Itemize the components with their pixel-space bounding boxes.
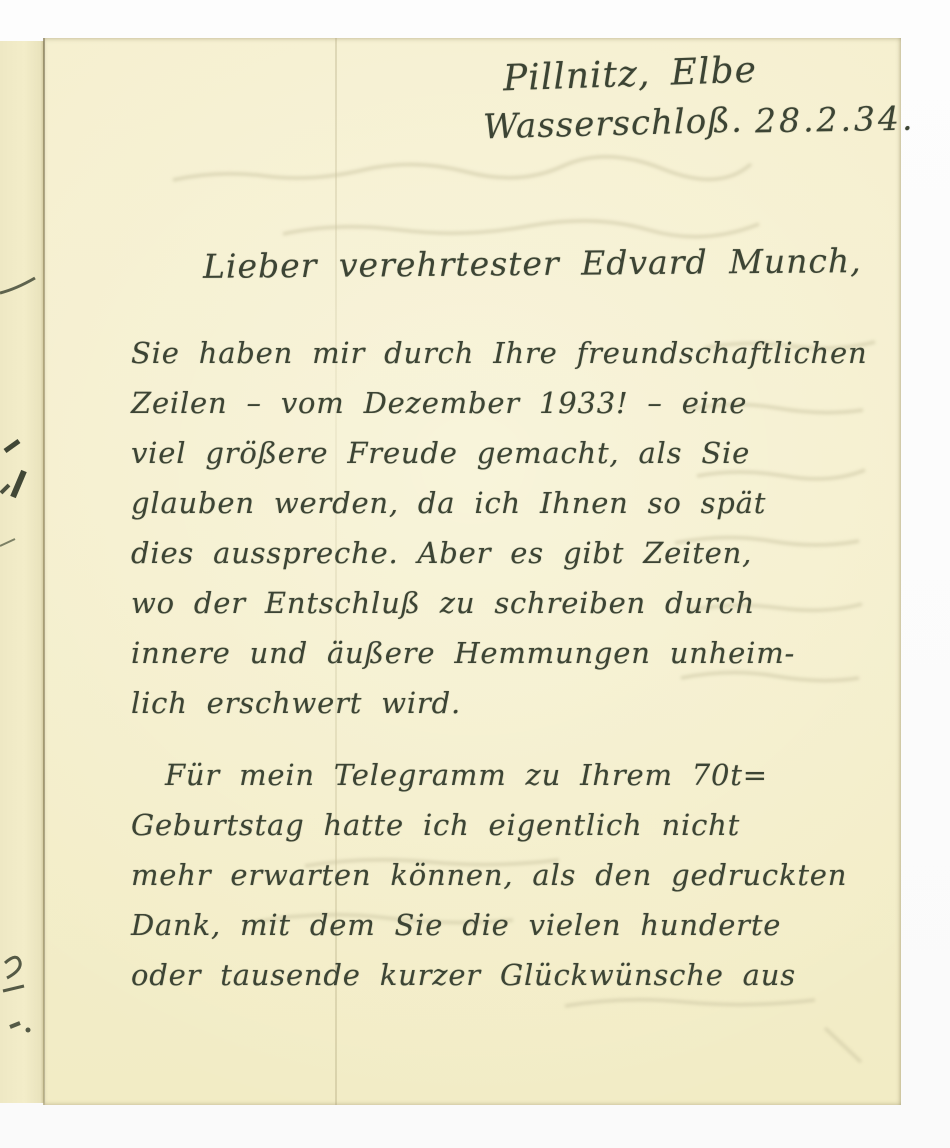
letter-place-line: Pillnitz, Elbe [502, 50, 757, 100]
letter-date: 28.2.34. [755, 99, 916, 141]
letter-paragraph-1: Sie haben mir durch Ihre freundschaftlic… [131, 328, 891, 728]
letter-page: Pillnitz, Elbe Wasserschloß. 28.2.34. Li… [45, 38, 901, 1105]
letter-line: Für mein Telegramm zu Ihrem 70t= [131, 750, 891, 800]
letter-line: glauben werden, da ich Ihnen so spät [131, 478, 891, 528]
scanner-background: Pillnitz, Elbe Wasserschloß. 28.2.34. Li… [0, 0, 950, 1148]
letter-line: innere und äußere Hemmungen unheim- [131, 628, 891, 678]
letter-place-line2: Wasserschloß. [483, 101, 744, 148]
letter-line: mehr erwarten können, als den gedruckten [131, 850, 891, 900]
adjacent-page-edge [0, 41, 44, 1103]
letter-line: wo der Entschluß zu schreiben durch [131, 578, 891, 628]
letter-line: Sie haben mir durch Ihre freundschaftlic… [131, 328, 891, 378]
letter-salutation: Lieber verehrtester Edvard Munch, [203, 241, 862, 286]
letter-line: Geburtstag hatte ich eigentlich nicht [131, 800, 891, 850]
letter-line: Dank, mit dem Sie die vielen hunderte [131, 900, 891, 950]
letter-line: viel größere Freude gemacht, als Sie [131, 428, 891, 478]
letter-line: lich erschwert wird. [131, 678, 891, 728]
letter-paragraph-2: Für mein Telegramm zu Ihrem 70t= Geburts… [131, 750, 891, 1000]
adjacent-page-ink-marks [0, 41, 44, 1103]
letter-line: Zeilen – vom Dezember 1933! – eine [131, 378, 891, 428]
letter-line: dies ausspreche. Aber es gibt Zeiten, [131, 528, 891, 578]
letter-line: oder tausende kurzer Glückwünsche aus [131, 950, 891, 1000]
